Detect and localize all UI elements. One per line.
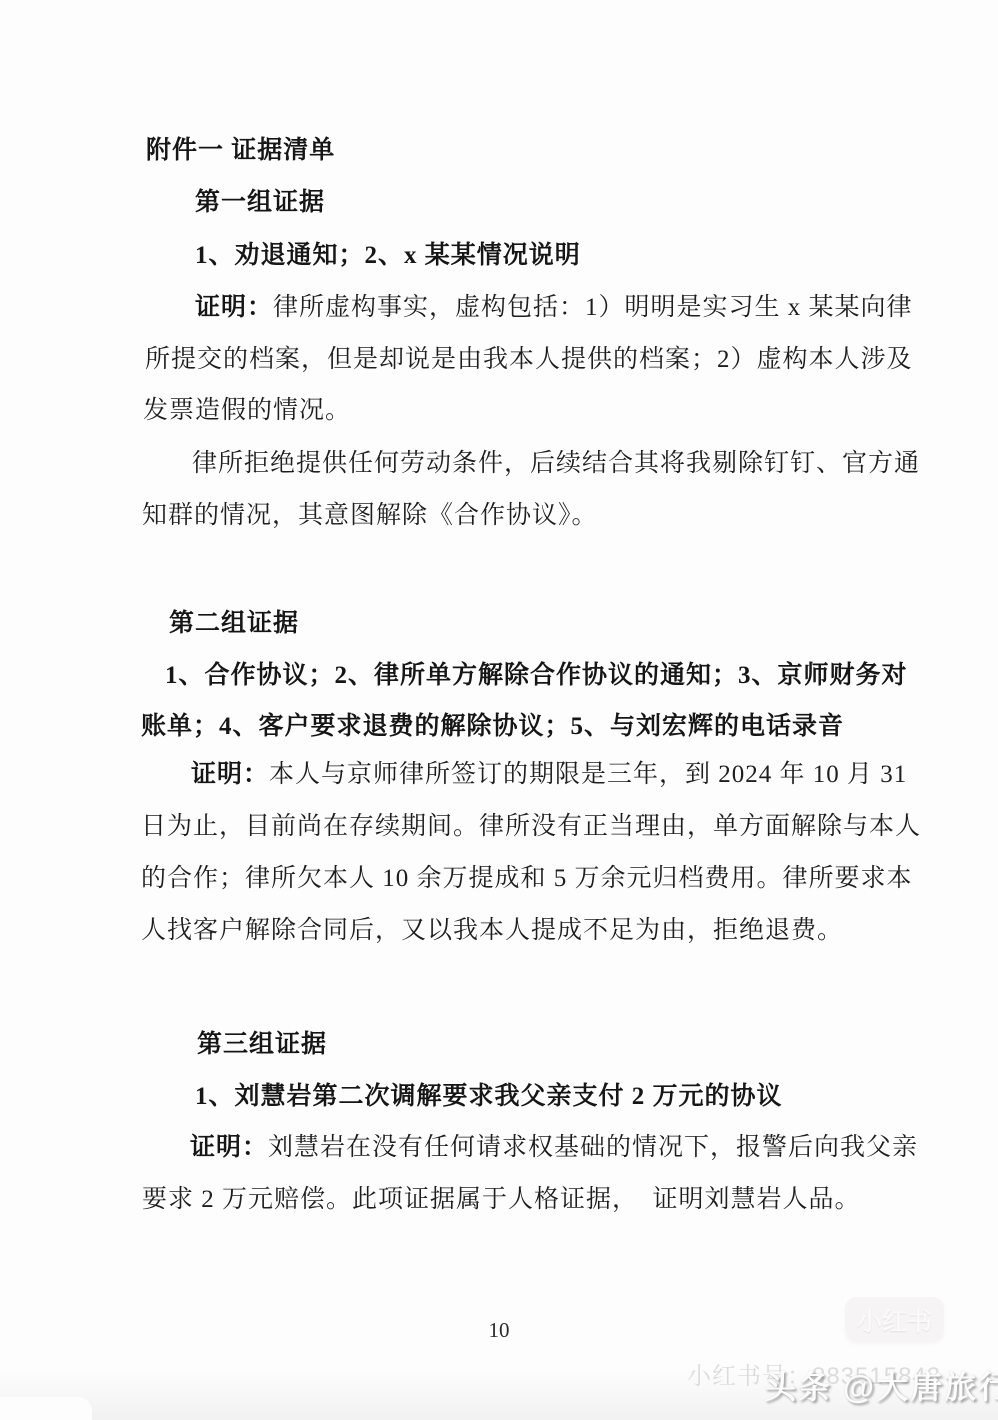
group1-note-line-2: 知群的情况，其意图解除《合作协议》。 — [142, 501, 598, 531]
group1-note-line-1: 律所拒绝提供任何劳动条件，后续结合其将我剔除钉钉、官方通 — [192, 449, 920, 479]
group3-proof-line-2: 要求 2 万元赔偿。此项证据属于人格证据， 证明刘慧岩人品。 — [142, 1185, 861, 1215]
group3-proof-line-1: 证明：刘慧岩在没有任何请求权基础的情况下，报警后向我父亲 — [190, 1133, 918, 1163]
group2-proof-line-1: 证明：本人与京师律所签订的期限是三年，到 2024 年 10 月 31 — [191, 760, 907, 790]
attachment-title: 附件一 证据清单 — [146, 136, 335, 166]
group1-evidence-items: 1、劝退通知；2、x 某某情况说明 — [195, 241, 581, 271]
proof-label: 证明： — [190, 1134, 268, 1161]
group3-heading: 第三组证据 — [197, 1030, 327, 1060]
group1-proof-line-1: 证明：律所虚构事实，虚构包括：1）明明是实习生 x 某某向律 — [195, 293, 913, 323]
proof-label: 证明： — [195, 294, 273, 321]
scanned-document-page: 附件一 证据清单 第一组证据 1、劝退通知；2、x 某某情况说明 证明：律所虚构… — [0, 0, 998, 1420]
group3-evidence-items: 1、刘慧岩第二次调解要求我父亲支付 2 万元的协议 — [195, 1082, 783, 1112]
group2-heading: 第二组证据 — [169, 609, 299, 639]
group2-proof-line-4: 人找客户解除合同后，又以我本人提成不足为由，拒绝退费。 — [141, 916, 843, 946]
xiaohongshu-badge-label: 小红书 — [857, 1302, 932, 1338]
toutiao-byline-watermark: 头条 @大唐旅行家 — [764, 1362, 998, 1408]
group1-heading: 第一组证据 — [195, 188, 325, 218]
group2-proof-line-2: 日为止，目前尚在存续期间。律所没有正当理由，单方面解除与本人 — [141, 812, 921, 842]
proof-text: 律所虚构事实，虚构包括：1）明明是实习生 x 某某向律 — [273, 294, 913, 321]
group2-evidence-items-line-2: 账单；4、客户要求退费的解除协议；5、与刘宏辉的电话录音 — [141, 712, 844, 742]
proof-text: 刘慧岩在没有任何请求权基础的情况下，报警后向我父亲 — [268, 1134, 918, 1161]
group2-proof-line-3: 的合作；律所欠本人 10 余万提成和 5 万余元归档费用。律所要求本 — [141, 864, 913, 894]
group1-proof-line-2: 所提交的档案，但是却说是由我本人提供的档案；2）虚构本人涉及 — [145, 345, 913, 375]
xiaohongshu-badge-watermark: 小红书 — [845, 1297, 944, 1342]
proof-text: 本人与京师律所签订的期限是三年，到 2024 年 10 月 31 — [269, 761, 907, 788]
group1-proof-line-3: 发票造假的情况。 — [143, 396, 351, 426]
group2-evidence-items-line-1: 1、合作协议；2、律所单方解除合作协议的通知；3、京师财务对 — [165, 661, 908, 691]
bottom-left-corner-card — [0, 1397, 92, 1420]
proof-label: 证明： — [191, 761, 269, 788]
